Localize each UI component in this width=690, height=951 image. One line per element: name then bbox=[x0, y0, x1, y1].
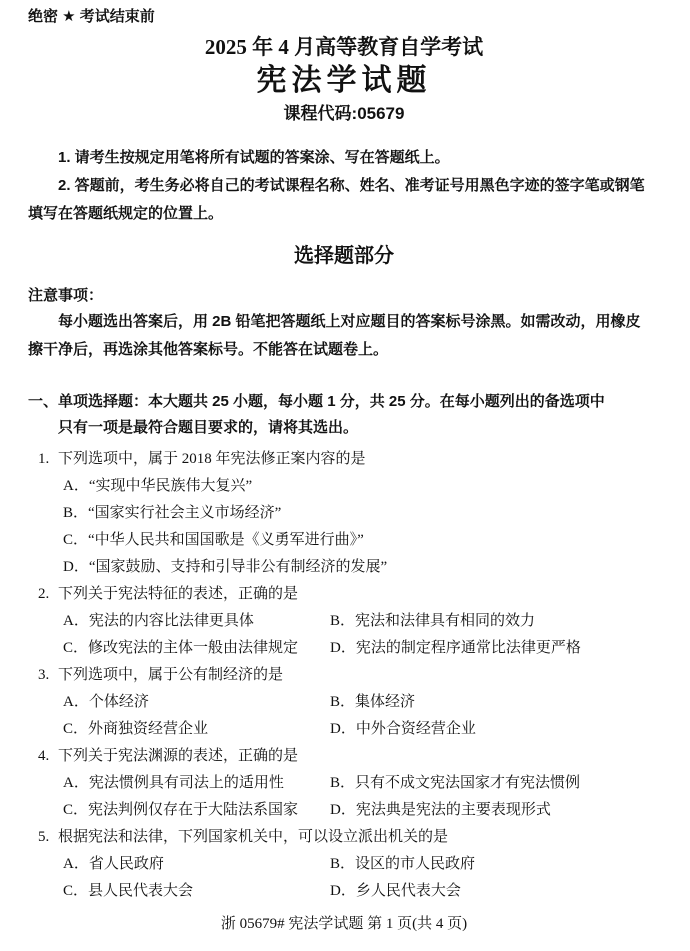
option-c: C．“中华人民共和国国歌是《义勇军进行曲》” bbox=[63, 527, 660, 554]
question-4-options: A．宪法惯例具有司法上的适用性 B．只有不成文宪法国家才有宪法惯例 C．宪法判例… bbox=[63, 770, 660, 824]
question-stem-text: 下列选项中，属于公有制经济的是 bbox=[58, 667, 283, 683]
question-2: 2.下列关于宪法特征的表述，正确的是 A．宪法的内容比法律更具体 B．宪法和法律… bbox=[28, 581, 660, 662]
question-2-stem: 2.下列关于宪法特征的表述，正确的是 bbox=[28, 581, 660, 608]
option-d: D．宪法的制定程序通常比法律更严格 bbox=[330, 635, 660, 662]
option-c: C．县人民代表大会 bbox=[63, 878, 330, 905]
question-stem-text: 下列选项中，属于 2018 年宪法修正案内容的是 bbox=[58, 451, 366, 467]
exam-paper-page: 绝密 ★ 考试结束前 2025 年 4 月高等教育自学考试 宪法学试题 课程代码… bbox=[0, 0, 690, 951]
instruction-item-1: 1. 请考生按规定用笔将所有试题的答案涂、写在答题纸上。 bbox=[28, 144, 660, 172]
question-list: 1.下列选项中，属于 2018 年宪法修正案内容的是 A．“实现中华民族伟大复兴… bbox=[28, 446, 660, 905]
question-2-options: A．宪法的内容比法律更具体 B．宪法和法律具有相同的效力 C．修改宪法的主体一般… bbox=[63, 608, 660, 662]
instruction-item-2-line-2: 填写在答题纸规定的位置上。 bbox=[28, 200, 660, 228]
question-number: 2. bbox=[38, 581, 58, 608]
instruction-item-2-line-1: 2. 答题前，考生务必将自己的考试课程名称、姓名、准考证号用黑色字迹的签字笔或钢… bbox=[28, 172, 660, 200]
question-5-options: A．省人民政府 B．设区的市人民政府 C．县人民代表大会 D．乡人民代表大会 bbox=[63, 851, 660, 905]
option-b: B．宪法和法律具有相同的效力 bbox=[330, 608, 660, 635]
notice-body: 每小题选出答案后，用 2B 铅笔把答题纸上对应题目的答案标号涂黑。如需改动，用橡… bbox=[28, 308, 660, 364]
option-d: D．“国家鼓励、支持和引导非公有制经济的发展” bbox=[63, 554, 660, 581]
part-one-heading-line-2: 只有一项是最符合题目要求的，请将其选出。 bbox=[28, 415, 660, 441]
question-stem-text: 下列关于宪法特征的表述，正确的是 bbox=[58, 586, 298, 602]
question-5-stem: 5.根据宪法和法律，下列国家机关中，可以设立派出机关的是 bbox=[28, 824, 660, 851]
question-1-options: A．“实现中华民族伟大复兴” B．“国家实行社会主义市场经济” C．“中华人民共… bbox=[63, 473, 660, 581]
question-number: 4. bbox=[38, 743, 58, 770]
question-3: 3.下列选项中，属于公有制经济的是 A．个体经济 B．集体经济 C．外商独资经营… bbox=[28, 662, 660, 743]
option-a: A．宪法惯例具有司法上的适用性 bbox=[63, 770, 330, 797]
course-code: 课程代码:05679 bbox=[28, 102, 660, 126]
question-stem-text: 根据宪法和法律，下列国家机关中，可以设立派出机关的是 bbox=[58, 829, 448, 845]
question-number: 3. bbox=[38, 662, 58, 689]
option-d: D．宪法典是宪法的主要表现形式 bbox=[330, 797, 660, 824]
question-3-options: A．个体经济 B．集体经济 C．外商独资经营企业 D．中外合资经营企业 bbox=[63, 689, 660, 743]
option-b: B．设区的市人民政府 bbox=[330, 851, 660, 878]
part-one-heading-line-1: 一、单项选择题：本大题共 25 小题，每小题 1 分，共 25 分。在每小题列出… bbox=[28, 389, 660, 415]
question-4-stem: 4.下列关于宪法渊源的表述，正确的是 bbox=[28, 743, 660, 770]
part-one-heading: 一、单项选择题：本大题共 25 小题，每小题 1 分，共 25 分。在每小题列出… bbox=[28, 389, 660, 441]
option-a: A．宪法的内容比法律更具体 bbox=[63, 608, 330, 635]
page-footer: 浙 05679# 宪法学试题 第 1 页(共 4 页) bbox=[28, 912, 660, 936]
question-1: 1.下列选项中，属于 2018 年宪法修正案内容的是 A．“实现中华民族伟大复兴… bbox=[28, 446, 660, 581]
notice-title: 注意事项： bbox=[28, 284, 660, 308]
option-b: B．只有不成文宪法国家才有宪法惯例 bbox=[330, 770, 660, 797]
option-d: D．乡人民代表大会 bbox=[330, 878, 660, 905]
notice-line-1: 每小题选出答案后，用 2B 铅笔把答题纸上对应题目的答案标号涂黑。如需改动，用橡… bbox=[28, 308, 660, 336]
option-c: C．修改宪法的主体一般由法律规定 bbox=[63, 635, 330, 662]
option-b: B．集体经济 bbox=[330, 689, 660, 716]
question-number: 1. bbox=[38, 446, 58, 473]
option-a: A．省人民政府 bbox=[63, 851, 330, 878]
option-a: A．个体经济 bbox=[63, 689, 330, 716]
exam-session-title: 2025 年 4 月高等教育自学考试 bbox=[28, 34, 660, 60]
paper-title: 宪法学试题 bbox=[28, 62, 660, 100]
question-1-stem: 1.下列选项中，属于 2018 年宪法修正案内容的是 bbox=[28, 446, 660, 473]
option-c: C．宪法判例仅存在于大陆法系国家 bbox=[63, 797, 330, 824]
question-3-stem: 3.下列选项中，属于公有制经济的是 bbox=[28, 662, 660, 689]
security-classification-label: 绝密 ★ 考试结束前 bbox=[28, 8, 660, 26]
question-5: 5.根据宪法和法律，下列国家机关中，可以设立派出机关的是 A．省人民政府 B．设… bbox=[28, 824, 660, 905]
option-d: D．中外合资经营企业 bbox=[330, 716, 660, 743]
general-instructions: 1. 请考生按规定用笔将所有试题的答案涂、写在答题纸上。 2. 答题前，考生务必… bbox=[28, 144, 660, 228]
notice-line-2: 擦干净后，再选涂其他答案标号。不能答在试题卷上。 bbox=[28, 336, 660, 364]
option-c: C．外商独资经营企业 bbox=[63, 716, 330, 743]
question-stem-text: 下列关于宪法渊源的表述，正确的是 bbox=[58, 748, 298, 764]
option-b: B．“国家实行社会主义市场经济” bbox=[63, 500, 660, 527]
question-number: 5. bbox=[38, 824, 58, 851]
option-a: A．“实现中华民族伟大复兴” bbox=[63, 473, 660, 500]
section-title: 选择题部分 bbox=[28, 241, 660, 271]
question-4: 4.下列关于宪法渊源的表述，正确的是 A．宪法惯例具有司法上的适用性 B．只有不… bbox=[28, 743, 660, 824]
